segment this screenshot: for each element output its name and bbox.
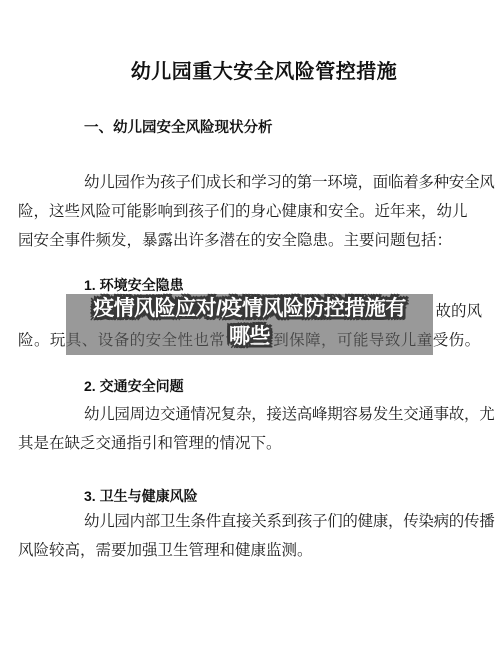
traffic-line-1: 幼儿园周边交通情况复杂，接送高峰期容易发生交通事故，尤 xyxy=(18,400,482,429)
document-title: 幼儿园重大安全风险管控措施 xyxy=(0,60,500,84)
overlay-banner[interactable]: 疫情风险应对/疫情风险防控措施有 哪些 xyxy=(66,294,433,355)
subsection-heading-environment: 1. 环境安全隐患 xyxy=(84,276,184,294)
traffic-paragraph: 幼儿园周边交通情况复杂，接送高峰期容易发生交通事故，尤 其是在缺乏交通指引和管理… xyxy=(18,400,482,458)
subsection-heading-traffic: 2. 交通安全问题 xyxy=(84,377,184,395)
intro-line-1: 幼儿园作为孩子们成长和学习的第一环境，面临着多种安全风 xyxy=(18,168,482,197)
subsection-heading-health: 3. 卫生与健康风险 xyxy=(84,487,198,505)
document-page: 幼儿园重大安全风险管控措施 一、幼儿园安全风险现状分析 幼儿园作为孩子们成长和学… xyxy=(0,0,500,647)
section-heading-analysis: 一、幼儿园安全风险现状分析 xyxy=(84,119,273,137)
intro-paragraph: 幼儿园作为孩子们成长和学习的第一环境，面临着多种安全风 险，这些风险可能影响到孩… xyxy=(18,168,482,255)
health-line-2: 风险较高，需要加强卫生管理和健康监测。 xyxy=(18,536,482,565)
overlay-title-line-2: 哪些 xyxy=(229,323,270,351)
traffic-line-2: 其是在缺乏交通指引和管理的情况下。 xyxy=(18,429,482,458)
intro-line-2: 险，这些风险可能影响到孩子们的身心健康和安全。近年来，幼儿 xyxy=(18,197,482,226)
intro-line-3: 园安全事件频发，暴露出许多潜在的安全隐患。主要问题包括： xyxy=(18,226,482,255)
health-paragraph: 幼儿园内部卫生条件直接关系到孩子们的健康，传染病的传播 风险较高，需要加强卫生管… xyxy=(18,507,482,565)
overlay-title-line-1: 疫情风险应对/疫情风险防控措施有 xyxy=(93,295,406,323)
health-line-1: 幼儿园内部卫生条件直接关系到孩子们的健康，传染病的传播 xyxy=(18,507,482,536)
